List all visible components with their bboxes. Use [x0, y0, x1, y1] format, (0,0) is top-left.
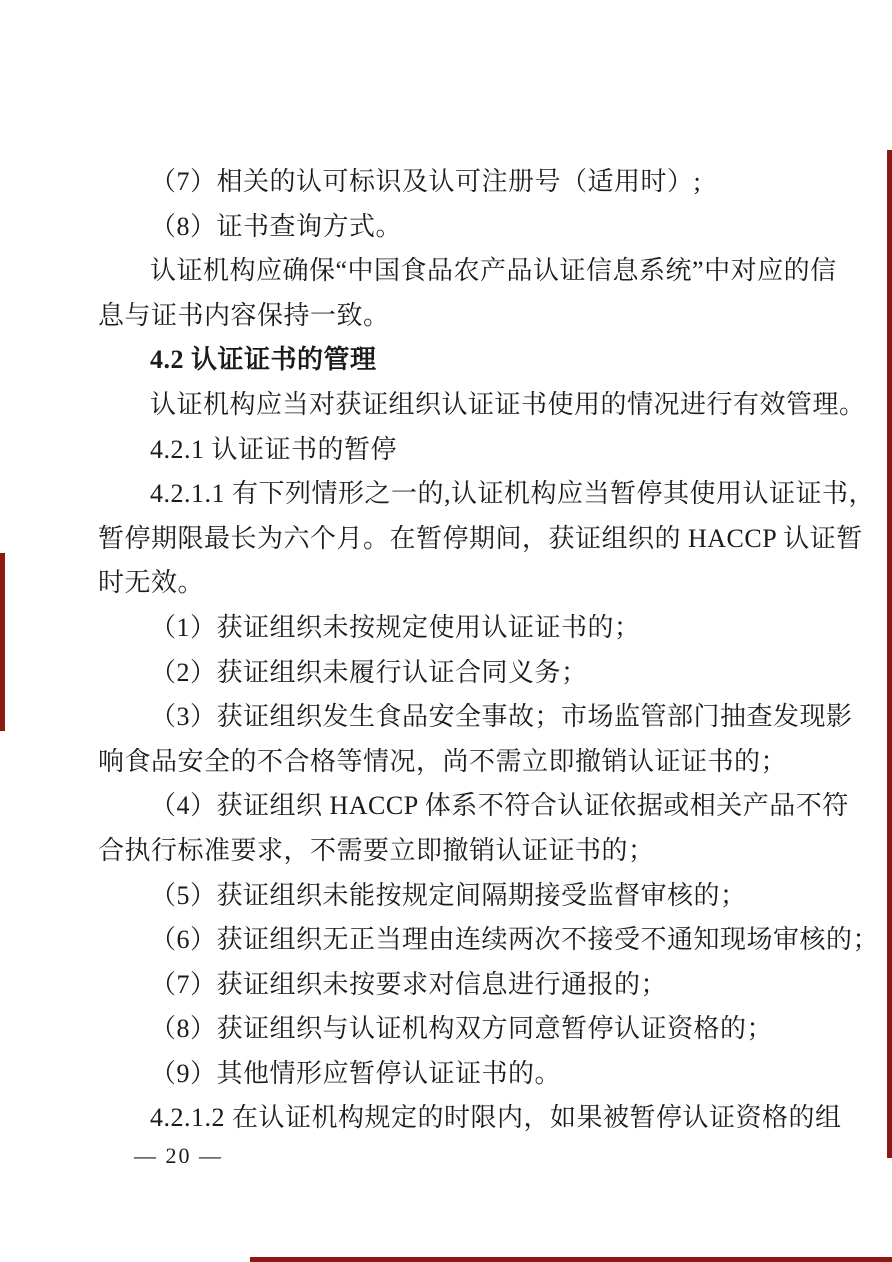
- text-line: 合执行标准要求，不需要立即撤销认证证书的；: [98, 829, 798, 874]
- document-body: （7）相关的认可标识及认可注册号（适用时）;（8）证书查询方式。认证机构应确保“…: [98, 160, 798, 1141]
- page-number: — 20 —: [134, 1142, 223, 1170]
- text-line: 4.2.1.1 有下列情形之一的,认证机构应当暂停其使用认证证书，: [98, 472, 798, 517]
- section-heading: 4.2 认证证书的管理: [98, 338, 798, 383]
- text-line: 认证机构应确保“中国食品农产品认证信息系统”中对应的信: [98, 249, 798, 294]
- scan-artifact-bottom-edge: [250, 1257, 892, 1262]
- text-line: （5）获证组织未能按规定间隔期接受监督审核的；: [98, 874, 798, 919]
- text-line: （3）获证组织发生食品安全事故；市场监管部门抽查发现影: [98, 695, 798, 740]
- text-line: 认证机构应当对获证组织认证证书使用的情况进行有效管理。: [98, 383, 798, 428]
- scan-artifact-right-edge: [887, 150, 892, 1158]
- text-line: （2）获证组织未履行认证合同义务；: [98, 651, 798, 696]
- document-page: （7）相关的认可标识及认可注册号（适用时）;（8）证书查询方式。认证机构应确保“…: [0, 0, 892, 1262]
- text-line: （8）获证组织与认证机构双方同意暂停认证资格的；: [98, 1007, 798, 1052]
- text-line: 4.2.1.2 在认证机构规定的时限内，如果被暂停认证资格的组: [98, 1096, 798, 1141]
- text-line: 暂停期限最长为六个月。在暂停期间，获证组织的 HACCP 认证暂: [98, 517, 798, 562]
- scan-artifact-left-edge: [0, 553, 5, 731]
- text-line: （6）获证组织无正当理由连续两次不接受不通知现场审核的；: [98, 918, 798, 963]
- text-line: （8）证书查询方式。: [98, 205, 798, 250]
- text-line: 响食品安全的不合格等情况，尚不需立即撤销认证证书的；: [98, 740, 798, 785]
- text-line: （7）相关的认可标识及认可注册号（适用时）;: [98, 160, 798, 205]
- text-line: 息与证书内容保持一致。: [98, 294, 798, 339]
- text-line: 时无效。: [98, 561, 798, 606]
- text-line: （1）获证组织未按规定使用认证证书的；: [98, 606, 798, 651]
- text-line: （4）获证组织 HACCP 体系不符合认证依据或相关产品不符: [98, 784, 798, 829]
- text-line: （9）其他情形应暂停认证证书的。: [98, 1052, 798, 1097]
- text-line: 4.2.1 认证证书的暂停: [98, 428, 798, 473]
- text-line: （7）获证组织未按要求对信息进行通报的；: [98, 963, 798, 1008]
